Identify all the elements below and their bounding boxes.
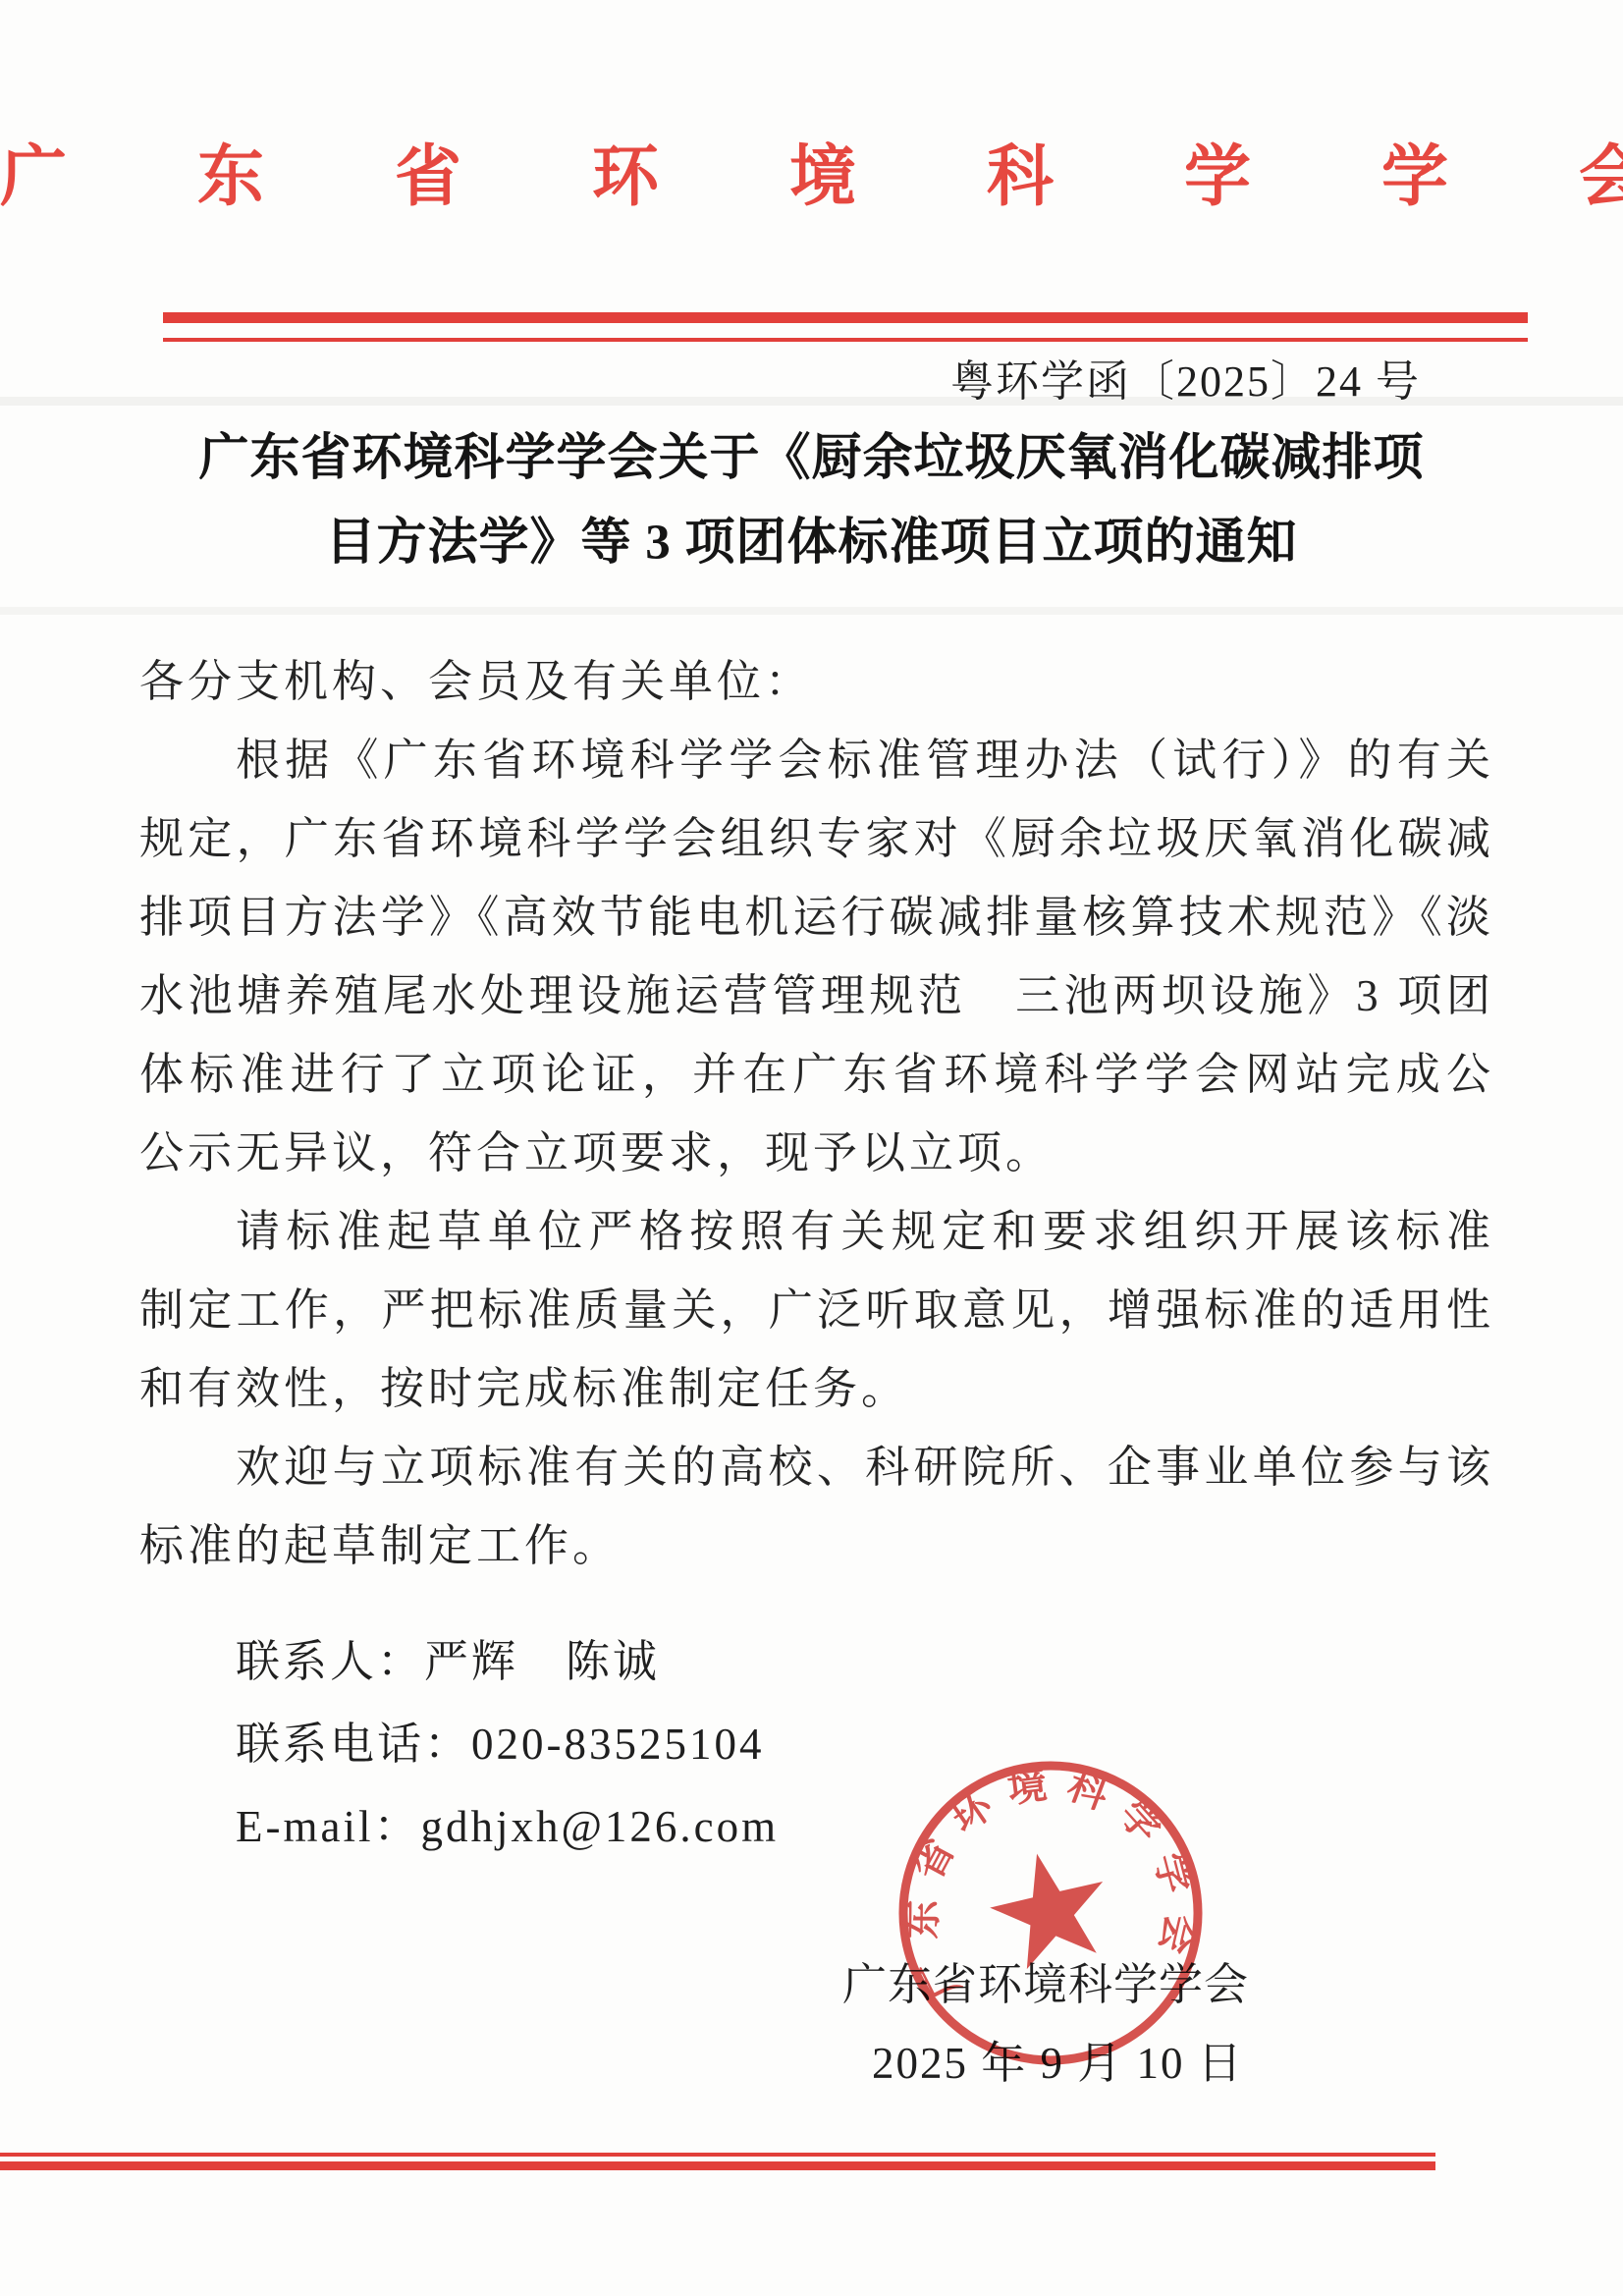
contact-block: 联系人：严辉 陈诚 联系电话：020-83525104 E-mail：gdhjx… — [236, 1620, 779, 1868]
official-seal: 广东省环境科学学会 — [884, 1746, 1217, 2080]
letterhead-title: 广 东 省 环 境 科 学 学 会 — [0, 124, 1623, 219]
body-line: 制定工作，严把标准质量关，广泛听取意见，增强标准的适用性 — [139, 1271, 1494, 1349]
notice-title-line-2: 目方法学》等 3 项团体标准项目立项的通知 — [0, 501, 1623, 585]
letterhead-title-text: 广 东 省 环 境 科 学 学 会 — [0, 139, 1623, 214]
body-line: 体标准进行了立项论证，并在广东省环境科学学会网站完成公示， — [139, 1035, 1494, 1114]
footer-rule-thick — [0, 2161, 1435, 2170]
letterhead-rule-thick — [163, 312, 1528, 323]
document-page: 广 东 省 环 境 科 学 学 会 粤环学函〔2025〕24 号 广东省环境科学… — [0, 0, 1623, 2296]
body-line: 和有效性，按时完成标准制定任务。 — [139, 1349, 1494, 1428]
body-line: 水池塘养殖尾水处理设施运营管理规范 三池两坝设施》3 项团 — [139, 957, 1494, 1035]
contact-person: 联系人：严辉 陈诚 — [236, 1620, 779, 1703]
contact-email: E-mail：gdhjxh@126.com — [236, 1785, 779, 1868]
body-line: 标准的起草制定工作。 — [139, 1506, 1494, 1585]
body-line: 欢迎与立项标准有关的高校、科研院所、企事业单位参与该 — [139, 1428, 1494, 1506]
body-line: 规定，广东省环境科学学会组织专家对《厨余垃圾厌氧消化碳减 — [139, 799, 1494, 878]
salutation: 各分支机构、会员及有关单位： — [139, 642, 1494, 721]
scan-artifact-band — [0, 607, 1623, 615]
notice-body: 各分支机构、会员及有关单位： 根据《广东省环境科学学会标准管理办法（试行）》的有… — [139, 642, 1494, 1585]
body-line: 排项目方法学》《高效节能电机运行碳减排量核算技术规范》《淡 — [139, 878, 1494, 957]
letterhead-rule-thin — [163, 338, 1528, 342]
footer-rule-thin — [0, 2153, 1435, 2157]
seal-star — [981, 1840, 1118, 1974]
body-line: 根据《广东省环境科学学会标准管理办法（试行）》的有关 — [139, 721, 1494, 799]
body-line: 公示无异议，符合立项要求，现予以立项。 — [139, 1114, 1494, 1192]
doc-number: 粤环学函〔2025〕24 号 — [950, 346, 1421, 409]
contact-phone: 联系电话：020-83525104 — [236, 1703, 779, 1785]
body-line: 请标准起草单位严格按照有关规定和要求组织开展该标准 — [139, 1192, 1494, 1271]
notice-title-line-1: 广东省环境科学学会关于《厨余垃圾厌氧消化碳减排项 — [0, 416, 1623, 501]
notice-title: 广东省环境科学学会关于《厨余垃圾厌氧消化碳减排项 目方法学》等 3 项团体标准项… — [0, 416, 1623, 585]
